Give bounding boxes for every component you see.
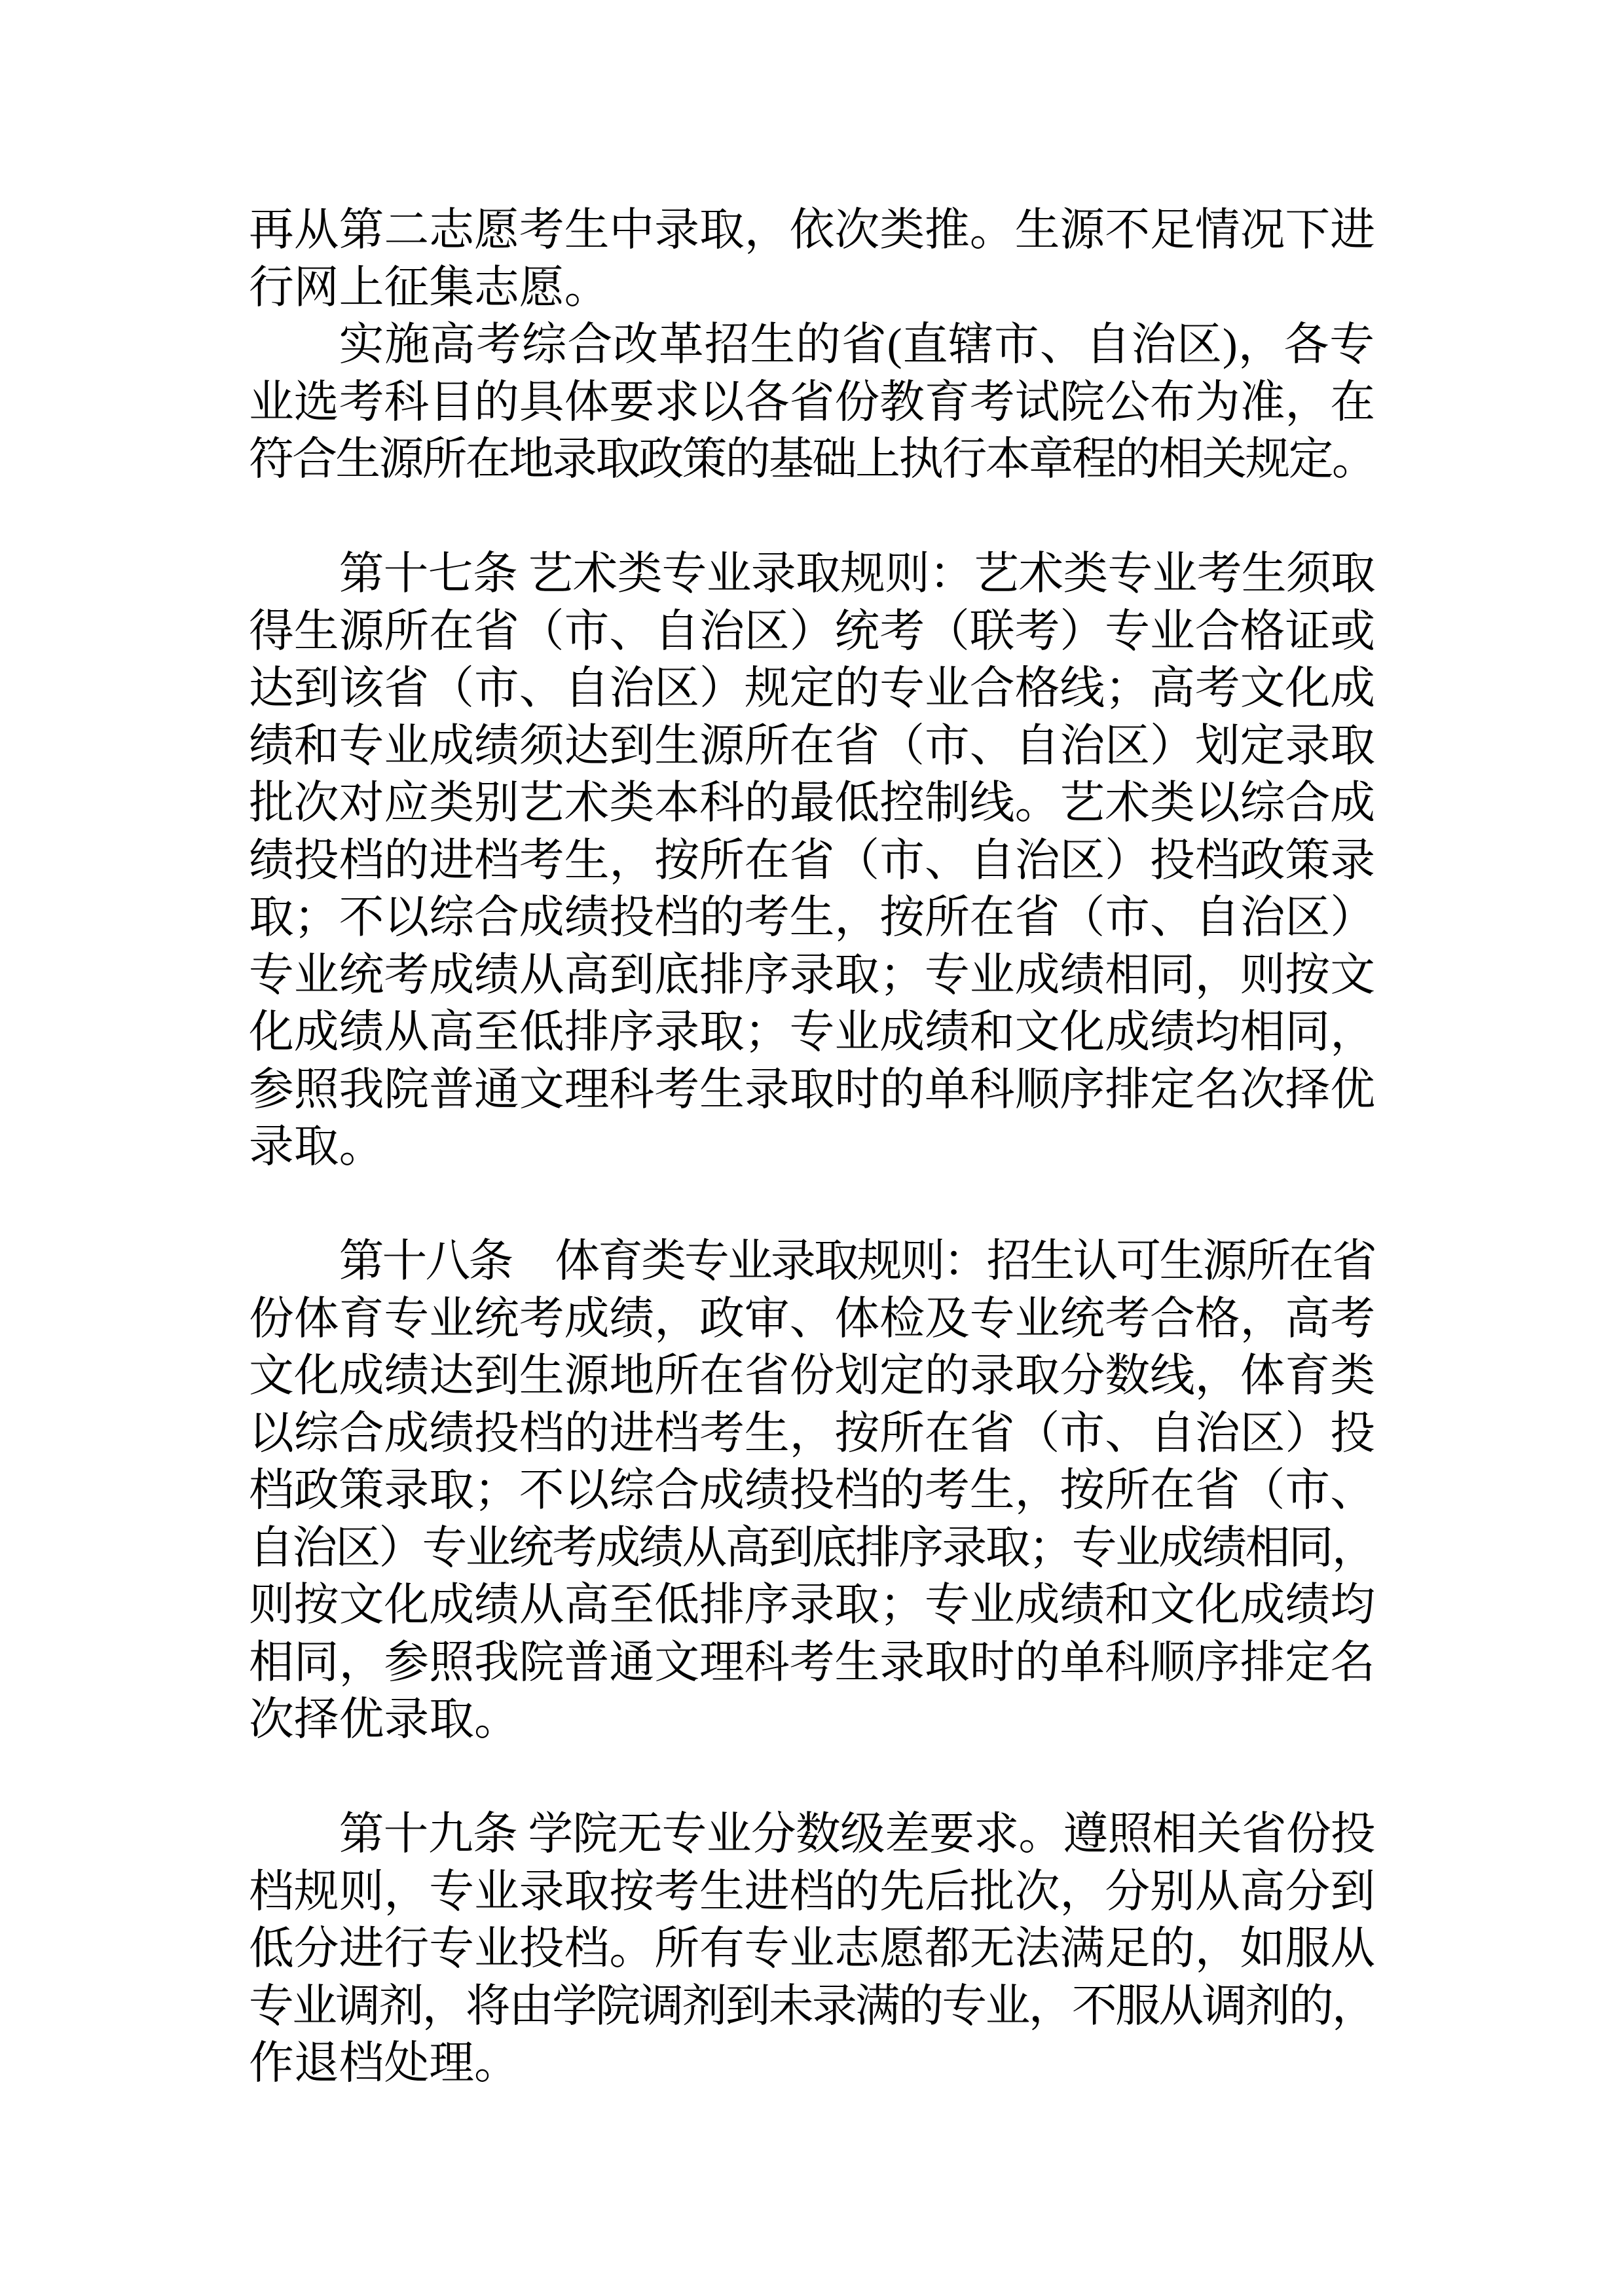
text-line: 化成绩从高至低排序录取；专业成绩和文化成绩均相同， (249, 1004, 1375, 1061)
text-line: 再从第二志愿考生中录取，依次类推。生源不足情况下进 (249, 202, 1375, 259)
text-line-content: 第十八条 体育类专业录取规则：招生认可生源所在省 (339, 1236, 1375, 1286)
paragraph-gaokao-reform-note: 实施高考综合改革招生的省(直辖市、自治区)，各专业选考科目的具体要求以各省份教育… (249, 316, 1375, 488)
text-line-content: 符合生源所在地录取政策的基础上执行本章程的相关规定。 (249, 434, 1375, 484)
text-line: 业选考科目的具体要求以各省份教育考试院公布为准，在 (249, 374, 1375, 431)
text-line-content: 取；不以综合成绩投档的考生，按所在省（市、自治区） (249, 892, 1375, 942)
text-line-content: 作退档处理。 (249, 2038, 519, 2088)
text-line: 绩和专业成绩须达到生源所在省（市、自治区）划定录取 (249, 718, 1375, 775)
document-page: 再从第二志愿考生中录取，依次类推。生源不足情况下进行网上征集志愿。实施高考综合改… (0, 0, 1624, 2296)
text-line-content: 文化成绩达到生源地所在省份划定的录取分数线，体育类 (249, 1351, 1375, 1400)
paragraph-article-19: 第十九条 学院无专业分数级差要求。遵照相关省份投档规则，专业录取按考生进档的先后… (249, 1806, 1375, 2092)
text-line: 低分进行专业投档。所有专业志愿都无法满足的，如服从 (249, 1920, 1375, 1978)
text-line-content: 自治区）专业统考成绩从高到底排序录取；专业成绩相同， (249, 1523, 1375, 1573)
paragraph-article-18: 第十八条 体育类专业录取规则：招生认可生源所在省份体育专业统考成绩，政审、体检及… (249, 1233, 1375, 1749)
text-line: 实施高考综合改革招生的省(直辖市、自治区)，各专 (249, 316, 1375, 374)
text-line-content: 第十九条 学院无专业分数级差要求。遵照相关省份投 (339, 1809, 1375, 1859)
text-line-content: 次择优录取。 (249, 1694, 519, 1744)
text-line: 则按文化成绩从高至低排序录取；专业成绩和文化成绩均 (249, 1576, 1375, 1634)
text-line: 以综合成绩投档的进档考生，按所在省（市、自治区）投 (249, 1405, 1375, 1463)
text-line-content: 参照我院普通文理科考生录取时的单科顺序排定名次择优 (249, 1065, 1375, 1114)
text-line-content: 得生源所在省（市、自治区）统考（联考）专业合格证或 (249, 606, 1375, 656)
text-line: 作退档处理。 (249, 2035, 1375, 2092)
text-line-content: 专业调剂，将由学院调剂到未录满的专业，不服从调剂的， (249, 1981, 1375, 2031)
text-line: 专业统考成绩从高到底排序录取；专业成绩相同，则按文 (249, 947, 1375, 1004)
text-line-content: 份体育专业统考成绩，政审、体检及专业统考合格，高考 (249, 1294, 1375, 1343)
text-line: 自治区）专业统考成绩从高到底排序录取；专业成绩相同， (249, 1520, 1375, 1577)
text-line-content: 实施高考综合改革招生的省(直辖市、自治区)，各专 (339, 319, 1375, 369)
text-line: 批次对应类别艺术类本科的最低控制线。艺术类以综合成 (249, 774, 1375, 832)
paragraph-continuation: 再从第二志愿考生中录取，依次类推。生源不足情况下进行网上征集志愿。 (249, 202, 1375, 316)
text-line-content: 则按文化成绩从高至低排序录取；专业成绩和文化成绩均 (249, 1580, 1375, 1630)
text-line: 行网上征集志愿。 (249, 259, 1375, 317)
text-line: 达到该省（市、自治区）规定的专业合格线；高考文化成 (249, 660, 1375, 718)
text-line-content: 档政策录取；不以综合成绩投档的考生，按所在省（市、 (249, 1465, 1375, 1515)
text-line: 第十九条 学院无专业分数级差要求。遵照相关省份投 (249, 1806, 1375, 1863)
text-line: 份体育专业统考成绩，政审、体检及专业统考合格，高考 (249, 1290, 1375, 1348)
text-line-content: 档规则，专业录取按考生进档的先后批次，分别从高分到 (249, 1867, 1375, 1916)
text-line: 次择优录取。 (249, 1691, 1375, 1749)
text-line: 符合生源所在地录取政策的基础上执行本章程的相关规定。 (249, 431, 1375, 488)
text-line: 录取。 (249, 1118, 1375, 1176)
text-line-content: 以综合成绩投档的进档考生，按所在省（市、自治区）投 (249, 1408, 1375, 1458)
text-line-content: 第十七条 艺术类专业录取规则：艺术类专业考生须取 (339, 549, 1375, 598)
text-line: 专业调剂，将由学院调剂到未录满的专业，不服从调剂的， (249, 1978, 1375, 2035)
text-line-content: 相同，参照我院普通文理科考生录取时的单科顺序排定名 (249, 1637, 1375, 1687)
text-line: 第十八条 体育类专业录取规则：招生认可生源所在省 (249, 1233, 1375, 1290)
text-line-content: 低分进行专业投档。所有专业志愿都无法满足的，如服从 (249, 1923, 1375, 1973)
paragraph-article-17: 第十七条 艺术类专业录取规则：艺术类专业考生须取得生源所在省（市、自治区）统考（… (249, 545, 1375, 1176)
document-text: 再从第二志愿考生中录取，依次类推。生源不足情况下进行网上征集志愿。实施高考综合改… (249, 202, 1375, 2092)
text-line-content: 绩投档的进档考生，按所在省（市、自治区）投档政策录 (249, 835, 1375, 885)
text-line-content: 行网上征集志愿。 (249, 263, 609, 312)
text-line: 档规则，专业录取按考生进档的先后批次，分别从高分到 (249, 1863, 1375, 1921)
text-line: 第十七条 艺术类专业录取规则：艺术类专业考生须取 (249, 545, 1375, 603)
text-line-content: 再从第二志愿考生中录取，依次类推。生源不足情况下进 (249, 205, 1375, 255)
text-line-content: 达到该省（市、自治区）规定的专业合格线；高考文化成 (249, 663, 1375, 713)
text-line-content: 化成绩从高至低排序录取；专业成绩和文化成绩均相同， (249, 1007, 1375, 1057)
text-line-content: 绩和专业成绩须达到生源所在省（市、自治区）划定录取 (249, 721, 1375, 771)
text-line-content: 批次对应类别艺术类本科的最低控制线。艺术类以综合成 (249, 778, 1375, 828)
text-line: 档政策录取；不以综合成绩投档的考生，按所在省（市、 (249, 1462, 1375, 1520)
text-line: 文化成绩达到生源地所在省份划定的录取分数线，体育类 (249, 1347, 1375, 1405)
text-line: 相同，参照我院普通文理科考生录取时的单科顺序排定名 (249, 1634, 1375, 1692)
text-line: 参照我院普通文理科考生录取时的单科顺序排定名次择优 (249, 1061, 1375, 1119)
text-line-content: 录取。 (249, 1121, 384, 1171)
text-line: 取；不以综合成绩投档的考生，按所在省（市、自治区） (249, 889, 1375, 947)
text-line-content: 业选考科目的具体要求以各省份教育考试院公布为准，在 (249, 377, 1375, 427)
text-line: 得生源所在省（市、自治区）统考（联考）专业合格证或 (249, 603, 1375, 661)
text-line: 绩投档的进档考生，按所在省（市、自治区）投档政策录 (249, 832, 1375, 890)
text-line-content: 专业统考成绩从高到底排序录取；专业成绩相同，则按文 (249, 950, 1375, 1000)
